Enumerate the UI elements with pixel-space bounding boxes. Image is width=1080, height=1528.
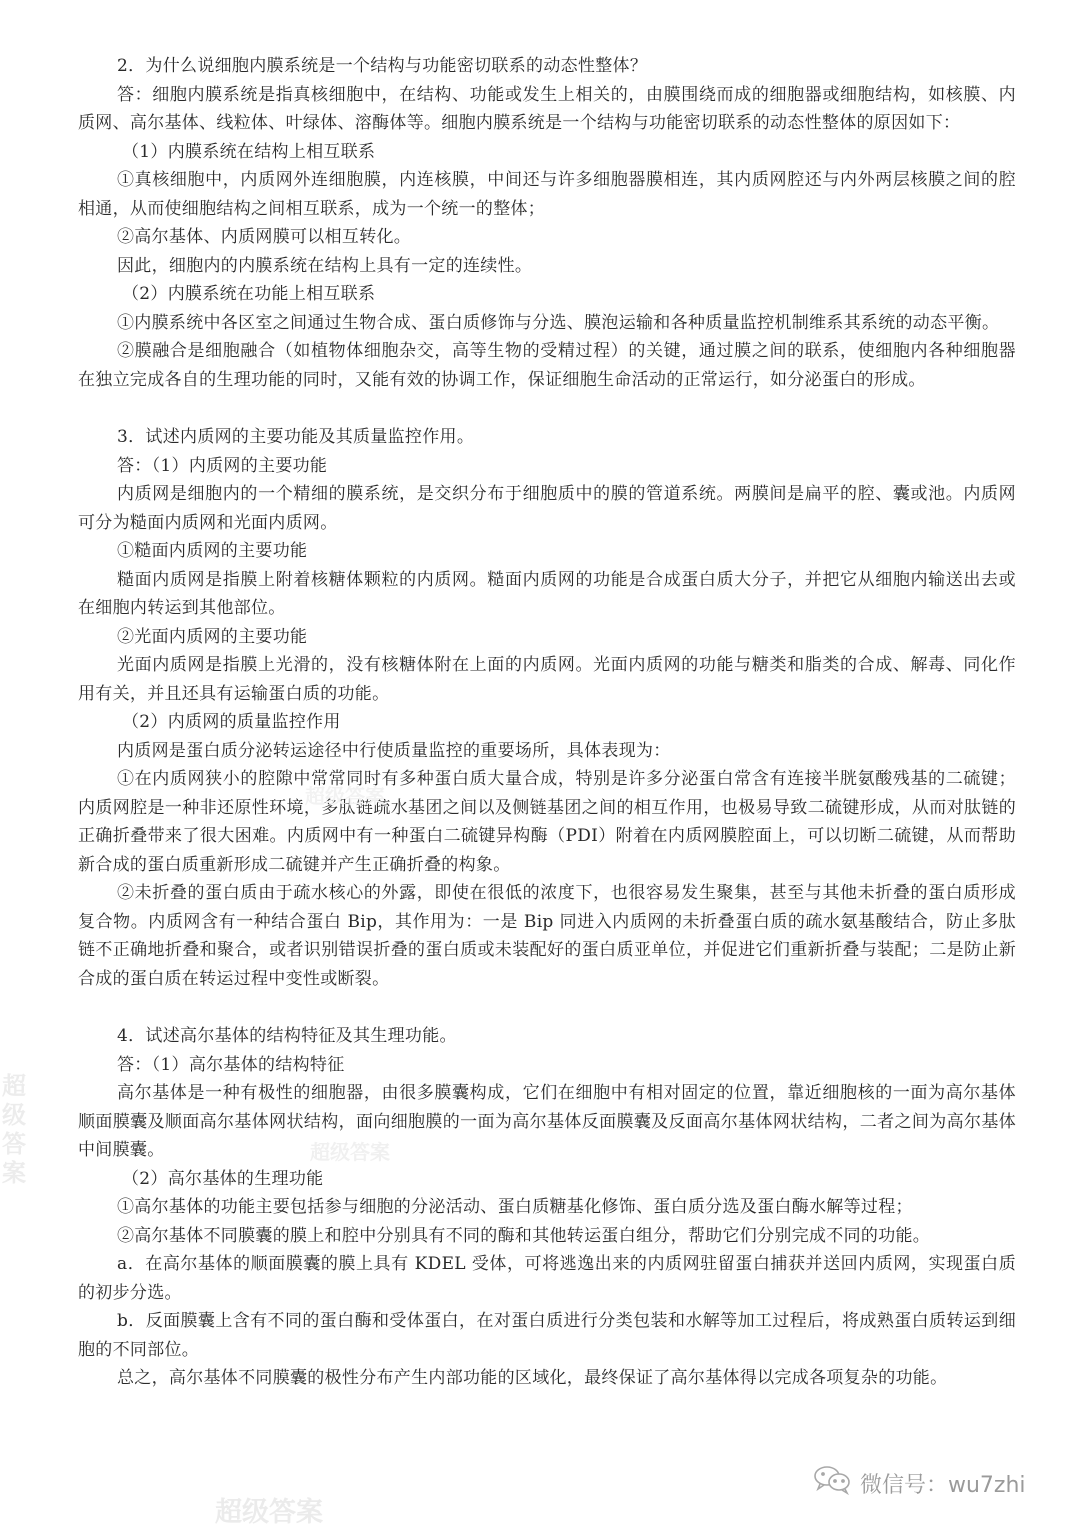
faint-watermark: 超级答案 [310, 1136, 390, 1165]
paragraph: ②膜融合是细胞融合（如植物体细胞杂交，高等生物的受精过程）的关键，通过膜之间的联… [78, 337, 1016, 394]
question-title: 2．为什么说细胞内膜系统是一个结构与功能密切联系的动态性整体？ [78, 52, 1016, 81]
paragraph: 因此，细胞内的内膜系统在结构上具有一定的连续性。 [78, 252, 1016, 281]
side-watermark: 超级答案 [2, 1072, 28, 1188]
wechat-id-label: 微信号：wu7zhi [860, 1468, 1026, 1499]
question-title: 3．试述内质网的主要功能及其质量监控作用。 [78, 423, 1016, 452]
paragraph: ①真核细胞中，内质网外连细胞膜，内连核膜，中间还与许多细胞器膜相连，其内质网腔还… [78, 166, 1016, 223]
wechat-watermark: 微信号：wu7zhi [812, 1464, 1026, 1502]
paragraph: 糙面内质网是指膜上附着核糖体颗粒的内质网。糙面内质网的功能是合成蛋白质大分子，并… [78, 566, 1016, 623]
subheading: （2）内膜系统在功能上相互联系 [78, 280, 1016, 309]
paragraph: ①在内质网狭小的腔隙中常常同时有多种蛋白质大量合成，特别是许多分泌蛋白常含有连接… [78, 765, 1016, 879]
paragraph: ②未折叠的蛋白质由于疏水核心的外露，即使在很低的浓度下，也很容易发生聚集，甚至与… [78, 879, 1016, 993]
bottom-watermark: 超级答案 [215, 1490, 323, 1528]
paragraph: b．反面膜囊上含有不同的蛋白酶和受体蛋白，在对蛋白质进行分类包装和水解等加工过程… [78, 1307, 1016, 1364]
question-title: 4．试述高尔基体的结构特征及其生理功能。 [78, 1022, 1016, 1051]
paragraph: 光面内质网是指膜上光滑的，没有核糖体附在上面的内质网。光面内质网的功能与糖类和脂… [78, 651, 1016, 708]
paragraph: 总之，高尔基体不同膜囊的极性分布产生内部功能的区域化，最终保证了高尔基体得以完成… [78, 1364, 1016, 1393]
subheading: （2）内质网的质量监控作用 [78, 708, 1016, 737]
paragraph: 内质网是细胞内的一个精细的膜系统，是交织分布于细胞质中的膜的管道系统。两膜间是扁… [78, 480, 1016, 537]
section-q3: 3．试述内质网的主要功能及其质量监控作用。 答：（1）内质网的主要功能 内质网是… [78, 423, 1016, 993]
paragraph: a．在高尔基体的顺面膜囊的膜上具有 KDEL 受体，可将逃逸出来的内质网驻留蛋白… [78, 1250, 1016, 1307]
answer-heading: 答：（1）高尔基体的结构特征 [78, 1051, 1016, 1080]
section-spacer [78, 394, 1016, 423]
section-q4: 4．试述高尔基体的结构特征及其生理功能。 答：（1）高尔基体的结构特征 高尔基体… [78, 1022, 1016, 1393]
subheading: （1）内膜系统在结构上相互联系 [78, 138, 1016, 167]
subheading: （2）高尔基体的生理功能 [78, 1165, 1016, 1194]
paragraph: ①高尔基体的功能主要包括参与细胞的分泌活动、蛋白质糖基化修饰、蛋白质分选及蛋白酶… [78, 1193, 1016, 1222]
subheading: ②光面内质网的主要功能 [78, 623, 1016, 652]
paragraph: ②高尔基体不同膜囊的膜上和腔中分别具有不同的酶和其他转运蛋白组分，帮助它们分别完… [78, 1222, 1016, 1251]
paragraph: 高尔基体是一种有极性的细胞器，由很多膜囊构成，它们在细胞中有相对固定的位置，靠近… [78, 1079, 1016, 1165]
section-q2: 2．为什么说细胞内膜系统是一个结构与功能密切联系的动态性整体？ 答：细胞内膜系统… [78, 52, 1016, 394]
paragraph: ②高尔基体、内质网膜可以相互转化。 [78, 223, 1016, 252]
wechat-icon [812, 1464, 854, 1502]
subheading: ①糙面内质网的主要功能 [78, 537, 1016, 566]
paragraph: ①内膜系统中各区室之间通过生物合成、蛋白质修饰与分选、膜泡运输和各种质量监控机制… [78, 309, 1016, 338]
paragraph: 内质网是蛋白质分泌转运途径中行使质量监控的重要场所，具体表现为： [78, 737, 1016, 766]
section-spacer [78, 993, 1016, 1022]
answer-heading: 答：（1）内质网的主要功能 [78, 452, 1016, 481]
document-page: 2．为什么说细胞内膜系统是一个结构与功能密切联系的动态性整体？ 答：细胞内膜系统… [78, 52, 1016, 1393]
faint-watermark: 超级答案 [305, 780, 385, 809]
answer-paragraph: 答：细胞内膜系统是指真核细胞中，在结构、功能或发生上相关的，由膜围绕而成的细胞器… [78, 81, 1016, 138]
